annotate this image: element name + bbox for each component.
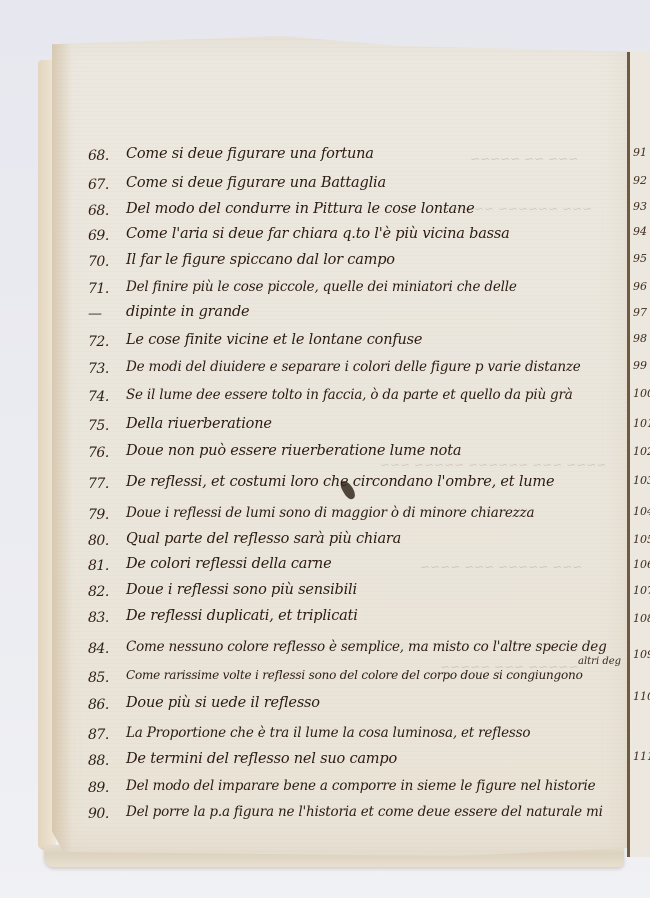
entry-text: dipinte in grande [126,304,249,320]
entry-number: 67. [88,177,109,193]
right-page-number: 99 [633,359,647,372]
entry-number: 83. [88,610,109,626]
entry-text: De colori reflessi della carne [126,556,331,572]
index-entry: 73. De modi del diuidere e separare i co… [82,361,632,385]
right-page-number: 102 [633,445,650,458]
scene: ~~~ ~~ ~~~~~ ~~~ ~~~~~~ ~~ ~~~ ~~~~ ~~~ … [0,0,650,898]
entry-text: Del finire più le cose piccole, quelle d… [126,279,517,295]
entry-number: 74. [88,389,109,405]
index-entry: 77. De reflessi, et costumi loro che cir… [82,476,632,500]
entry-text: De reflessi duplicati, et triplicati [126,608,358,624]
right-page-number: 108 [633,612,650,625]
entry-text: Della riuerberatione [126,416,272,432]
right-page-number: 98 [633,332,647,345]
right-page-number: 111 [633,750,650,763]
index-entry: 88. De termini del reflesso nel suo camp… [82,753,632,777]
right-page-number: 109 [633,648,650,661]
right-page-number: 107 [633,584,650,597]
right-page-number: 103 [633,474,650,487]
entry-text: Il far le figure spiccano dal lor campo [126,252,395,268]
entry-text: Del modo del imparare bene a comporre in… [126,778,595,794]
entry-text: Come nessuno colore reflesso è semplice,… [126,639,607,655]
index-entry: 80. Qual parte del reflesso sarà più chi… [82,533,632,557]
entry-number: 79. [88,507,109,523]
index-entry: 67. Come si deue figurare una Battaglia [82,177,632,201]
entry-text: Doue i reflessi sono più sensibili [126,582,357,598]
index-entry: 75. Della riuerberatione [82,418,632,442]
entry-text: Doue più si uede il reflesso [126,695,320,711]
right-page-number: 97 [633,306,647,319]
index-entry: 79. Doue i reflessi de lumi sono di magg… [82,507,632,531]
entry-text: Come rarissime volte i reflessi sono del… [126,668,583,682]
entry-number: 86. [88,697,109,713]
entry-number: 89. [88,780,109,796]
index-entry: 69. Come l'aria si deue far chiara q.to … [82,228,632,252]
index-entry: 87. La Proportione che è tra il lume la … [82,727,632,751]
right-page-number: 93 [633,200,647,213]
right-page-number: 105 [633,533,650,546]
right-page-number: 110 [633,690,650,703]
right-page-number: 95 [633,252,647,265]
entry-number: 73. [88,361,109,377]
index-entry: 85. Come rarissime volte i reflessi sono… [82,670,632,694]
index-entry: 72. Le cose finite vicine et le lontane … [82,334,632,358]
interlinear-annotation: altri deg [578,656,621,667]
right-page-numbers: 91 92 93 94 95 96 97 98 99 100 101 102 1… [631,0,650,898]
index-entry: 70. Il far le figure spiccano dal lor ca… [82,254,632,278]
entry-text: Doue i reflessi de lumi sono di maggior … [126,505,534,521]
entry-text: La Proportione che è tra il lume la cosa… [126,725,530,741]
index-entry: 86. Doue più si uede il reflesso [82,697,632,721]
index-entry: 83. De reflessi duplicati, et triplicati [82,610,632,634]
index-entry: 68. Come si deue figurare una fortuna [82,148,632,172]
entry-number: 70. [88,254,109,270]
index-entry: 89. Del modo del imparare bene a comporr… [82,780,632,804]
entry-number: 80. [88,533,109,549]
index-entries: 68. Come si deue figurare una fortuna 67… [0,0,650,898]
entry-text: Se il lume dee essere tolto in faccia, ò… [126,387,573,403]
right-page-number: 104 [633,505,650,518]
entry-text: De termini del reflesso nel suo campo [126,751,397,767]
entry-number: 71. [88,281,109,297]
index-entry: 71. Del finire più le cose piccole, quel… [82,281,632,305]
entry-number: 75. [88,418,109,434]
entry-text: Del modo del condurre in Pittura le cose… [126,201,475,217]
index-entry: 74. Se il lume dee essere tolto in facci… [82,389,632,413]
entry-number: 84. [88,641,109,657]
entry-number: 69. [88,228,109,244]
entry-number: 68. [88,148,109,164]
entry-number: 81. [88,558,109,574]
entry-text: Del porre la p.a figura ne l'historia et… [126,804,603,820]
right-page-number: 94 [633,225,647,238]
entry-text: Come l'aria si deue far chiara q.to l'è … [126,226,510,242]
index-entry: 90. Del porre la p.a figura ne l'histori… [82,806,632,830]
entry-number: 90. [88,806,109,822]
right-page-number: 106 [633,558,650,571]
index-entry: 76. Doue non può essere riuerberatione l… [82,445,632,469]
index-entry: — dipinte in grande [82,306,632,330]
index-entry: 82. Doue i reflessi sono più sensibili [82,584,632,608]
right-page-number: 96 [633,280,647,293]
entry-number: — [88,306,102,322]
entry-number: 82. [88,584,109,600]
right-page-number: 91 [633,146,647,159]
index-entry: 68. Del modo del condurre in Pittura le … [82,203,632,227]
entry-text: Le cose finite vicine et le lontane conf… [126,332,422,348]
index-entry: 81. De colori reflessi della carne [82,558,632,582]
right-page-number: 92 [633,174,647,187]
entry-number: 87. [88,727,109,743]
right-page-number: 100 [633,387,650,400]
entry-number: 77. [88,476,109,492]
entry-number: 72. [88,334,109,350]
entry-text: De modi del diuidere e separare i colori… [126,359,581,375]
entry-text: Doue non può essere riuerberatione lume … [126,443,461,459]
entry-number: 76. [88,445,109,461]
entry-number: 88. [88,753,109,769]
entry-text: Come si deue figurare una fortuna [126,146,374,162]
entry-text: Come si deue figurare una Battaglia [126,175,386,191]
index-entry: 84. Come nessuno colore reflesso è sempl… [82,641,632,665]
entry-number: 85. [88,670,109,686]
entry-number: 68. [88,203,109,219]
entry-text: Qual parte del reflesso sarà più chiara [126,531,401,547]
right-page-number: 101 [633,417,650,430]
